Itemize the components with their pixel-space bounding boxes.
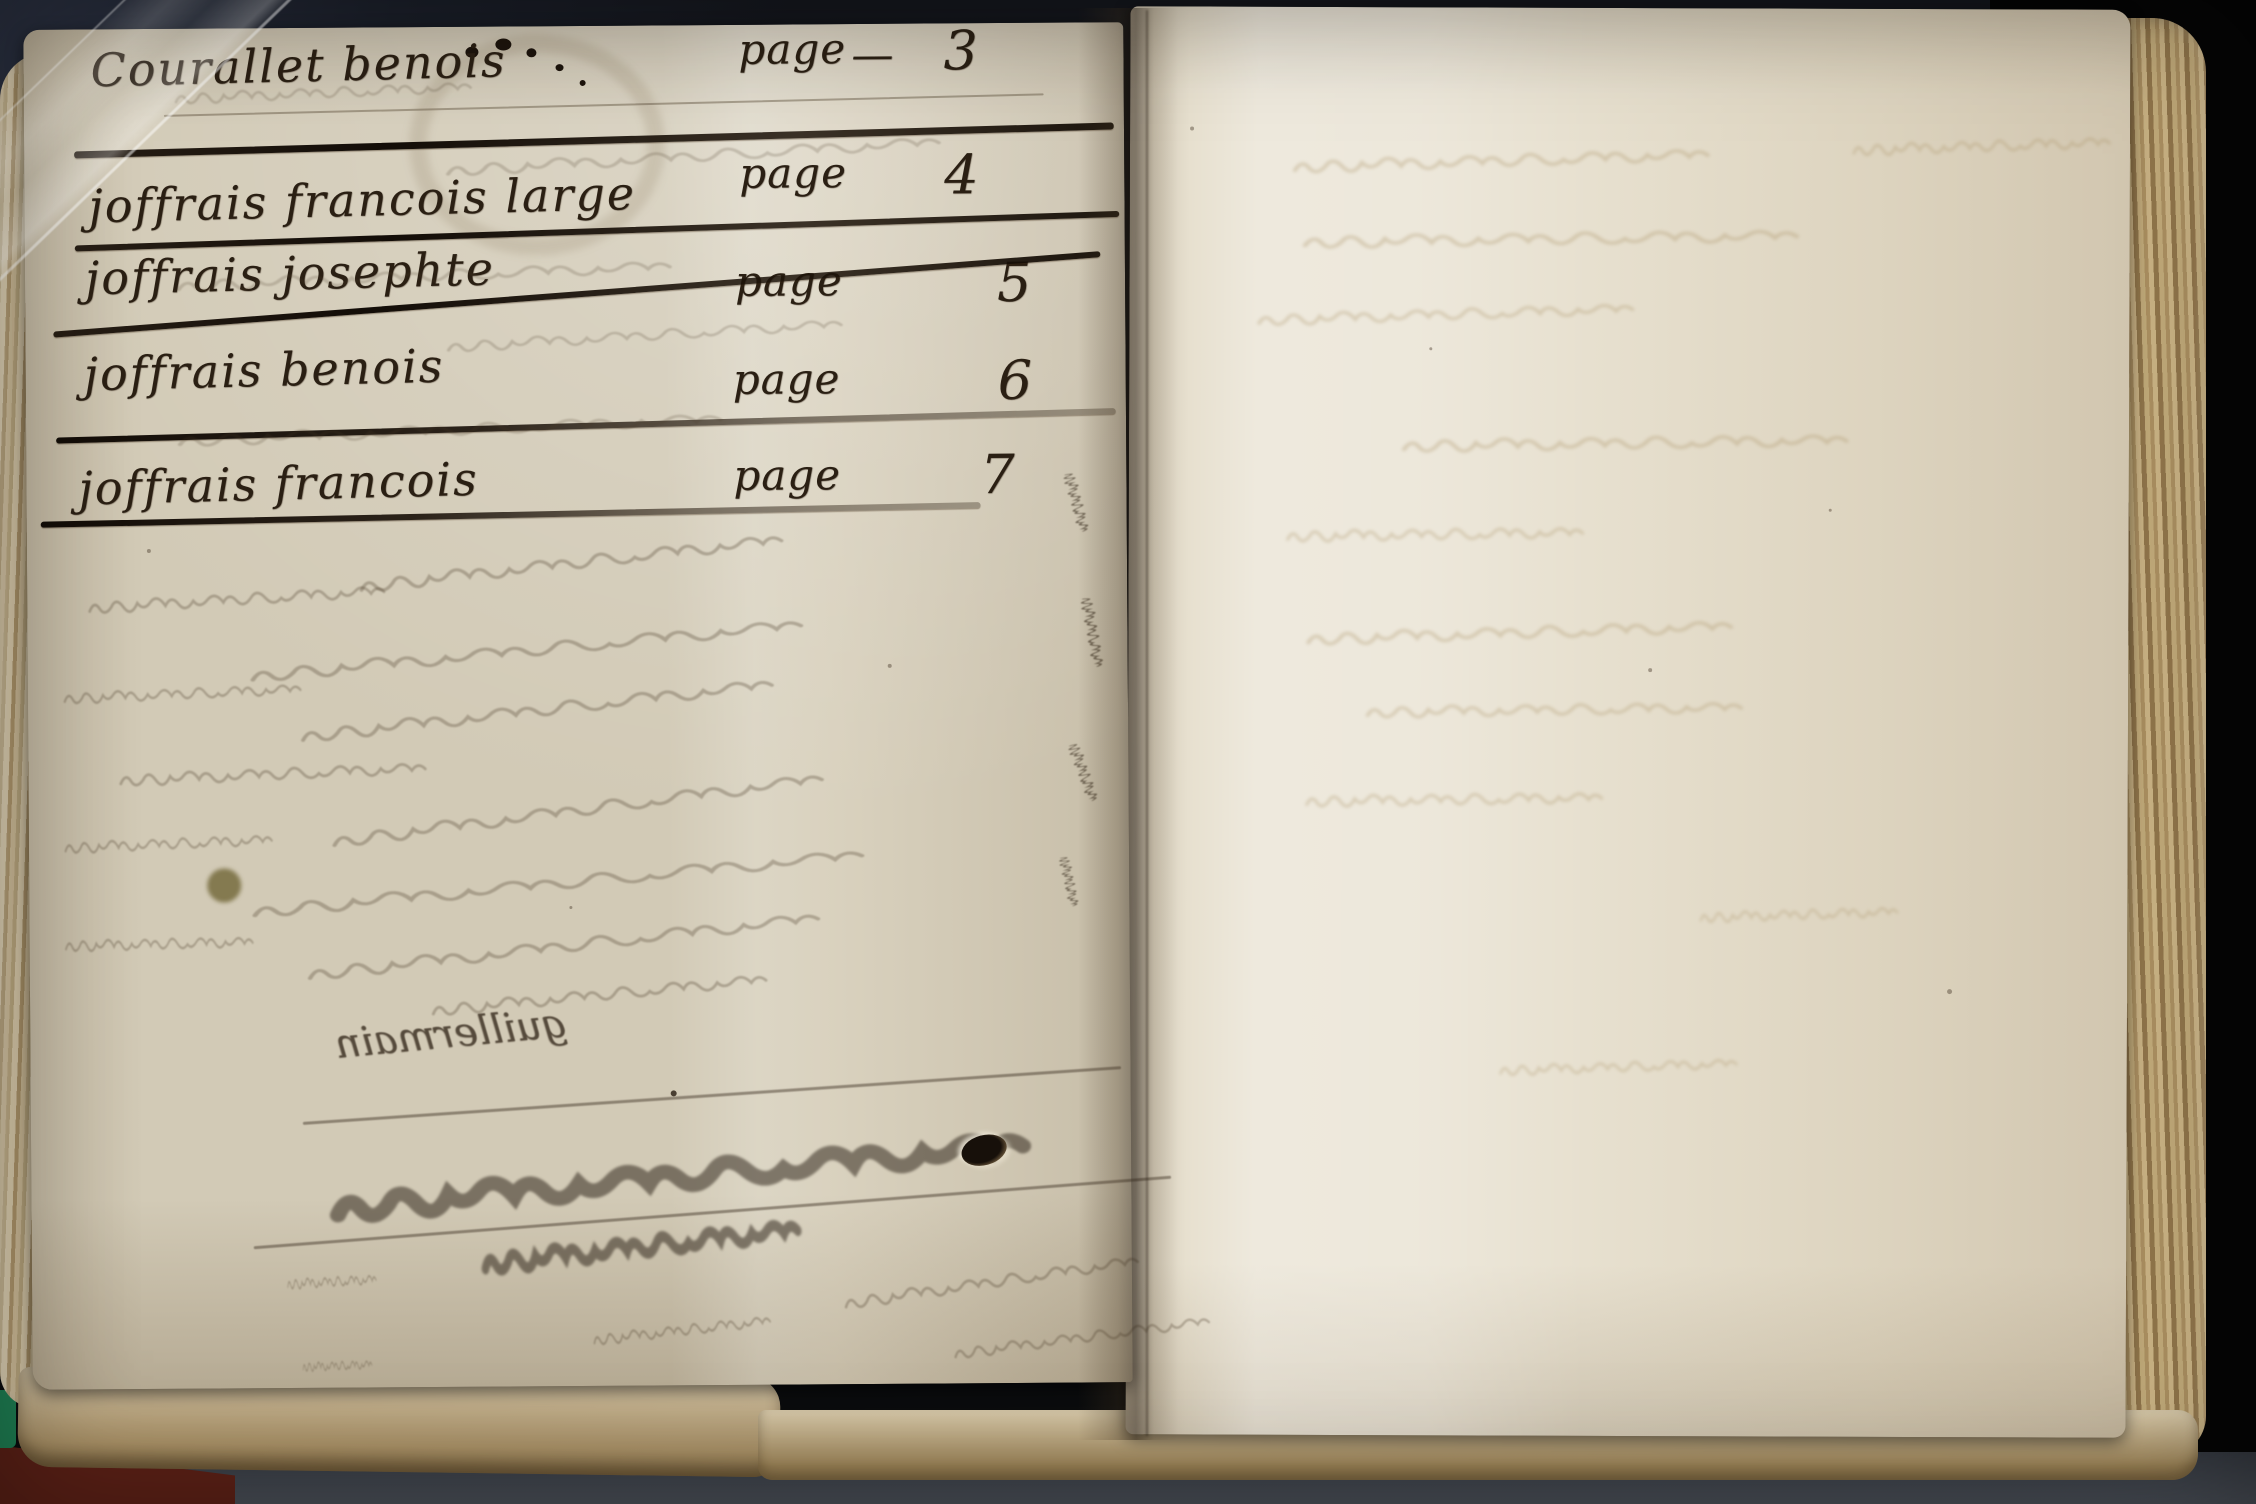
olive-stain bbox=[207, 868, 241, 902]
showthrough-line bbox=[63, 679, 304, 709]
index-entry-page-number: 6 bbox=[998, 349, 1033, 412]
ink-blot bbox=[556, 64, 564, 71]
index-entry-page-number: 3 bbox=[943, 19, 978, 82]
paper-speck bbox=[888, 664, 892, 668]
showthrough-line bbox=[287, 1270, 378, 1293]
showthrough-line bbox=[1365, 697, 1745, 722]
showthrough-signature: guillermain bbox=[333, 1000, 569, 1068]
paper-speck bbox=[1829, 509, 1832, 512]
paper-speck bbox=[1947, 989, 1952, 994]
gutter-fold-line bbox=[1146, 10, 1148, 1436]
paper-speck bbox=[1190, 126, 1194, 130]
index-entry-page-label: page bbox=[733, 450, 841, 500]
showthrough-line bbox=[1499, 1054, 1739, 1080]
showthrough-line bbox=[1286, 522, 1586, 546]
showthrough-bold-line bbox=[481, 1213, 803, 1280]
index-entry-page-number: 4 bbox=[944, 143, 979, 206]
showthrough-line bbox=[1305, 615, 1735, 650]
showthrough-line bbox=[298, 672, 778, 749]
paper-speck bbox=[671, 1090, 677, 1096]
showthrough-line bbox=[1292, 143, 1712, 178]
showthrough-line bbox=[64, 829, 275, 858]
showthrough-line bbox=[1305, 787, 1605, 811]
paper-speck bbox=[1429, 347, 1432, 350]
index-entry-page-label: page bbox=[738, 24, 846, 74]
showthrough-line bbox=[302, 1356, 373, 1375]
left-page: Courallet benois page — 3 joffrais franc… bbox=[23, 22, 1132, 1390]
paper-speck bbox=[569, 906, 572, 909]
showthrough-line bbox=[842, 1249, 1142, 1315]
index-entry-page-number: 7 bbox=[980, 443, 1015, 506]
gutter-ink-curl bbox=[1076, 596, 1108, 668]
showthrough-line bbox=[1256, 298, 1636, 330]
ink-blot bbox=[580, 80, 586, 86]
showthrough-line bbox=[1302, 224, 1802, 253]
right-page bbox=[1126, 6, 2131, 1437]
showthrough-line bbox=[176, 407, 726, 452]
showthrough-line bbox=[1699, 902, 1899, 926]
showthrough-line bbox=[357, 527, 787, 599]
index-entry-name: joffrais francois bbox=[78, 452, 479, 516]
showthrough-line bbox=[445, 314, 845, 358]
photo-open-manuscript-book: Courallet benois page — 3 joffrais franc… bbox=[0, 0, 2256, 1504]
showthrough-line bbox=[118, 757, 429, 792]
showthrough-line bbox=[592, 1310, 773, 1350]
ink-blot bbox=[526, 48, 536, 57]
index-entry-page-label: page bbox=[733, 354, 841, 404]
showthrough-line bbox=[64, 932, 254, 957]
gutter-ink-curl bbox=[1059, 471, 1094, 534]
index-entry-dash: — bbox=[851, 30, 894, 79]
showthrough-line bbox=[1401, 429, 1851, 457]
paper-speck bbox=[1648, 668, 1652, 672]
showthrough-line bbox=[1852, 132, 2112, 160]
gutter-ink-curl bbox=[1055, 855, 1083, 908]
ruled-line-faded bbox=[303, 1066, 1121, 1125]
gutter-ink-curl bbox=[1064, 741, 1104, 804]
showthrough-line bbox=[87, 579, 388, 619]
index-entry-name: joffrais benois bbox=[83, 339, 445, 402]
paper-speck bbox=[147, 549, 151, 553]
